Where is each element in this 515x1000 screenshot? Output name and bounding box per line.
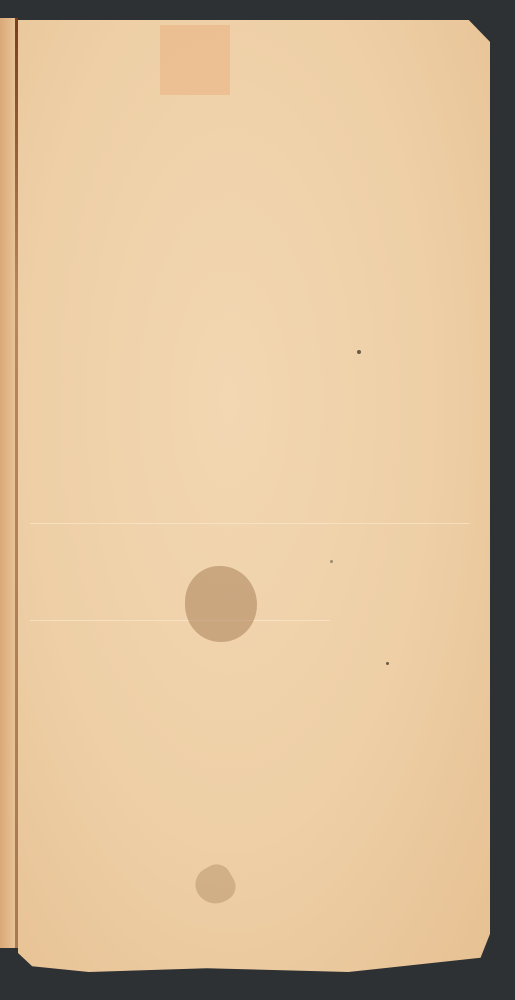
ink-speck — [357, 350, 361, 354]
faded-stamp-mark — [160, 25, 230, 95]
ink-speck — [386, 662, 389, 665]
paper-crease — [30, 620, 330, 621]
blank-page — [18, 20, 490, 972]
circular-stain — [185, 566, 257, 642]
ink-speck — [330, 560, 333, 563]
book-spine — [15, 18, 18, 948]
paper-crease — [30, 523, 470, 524]
